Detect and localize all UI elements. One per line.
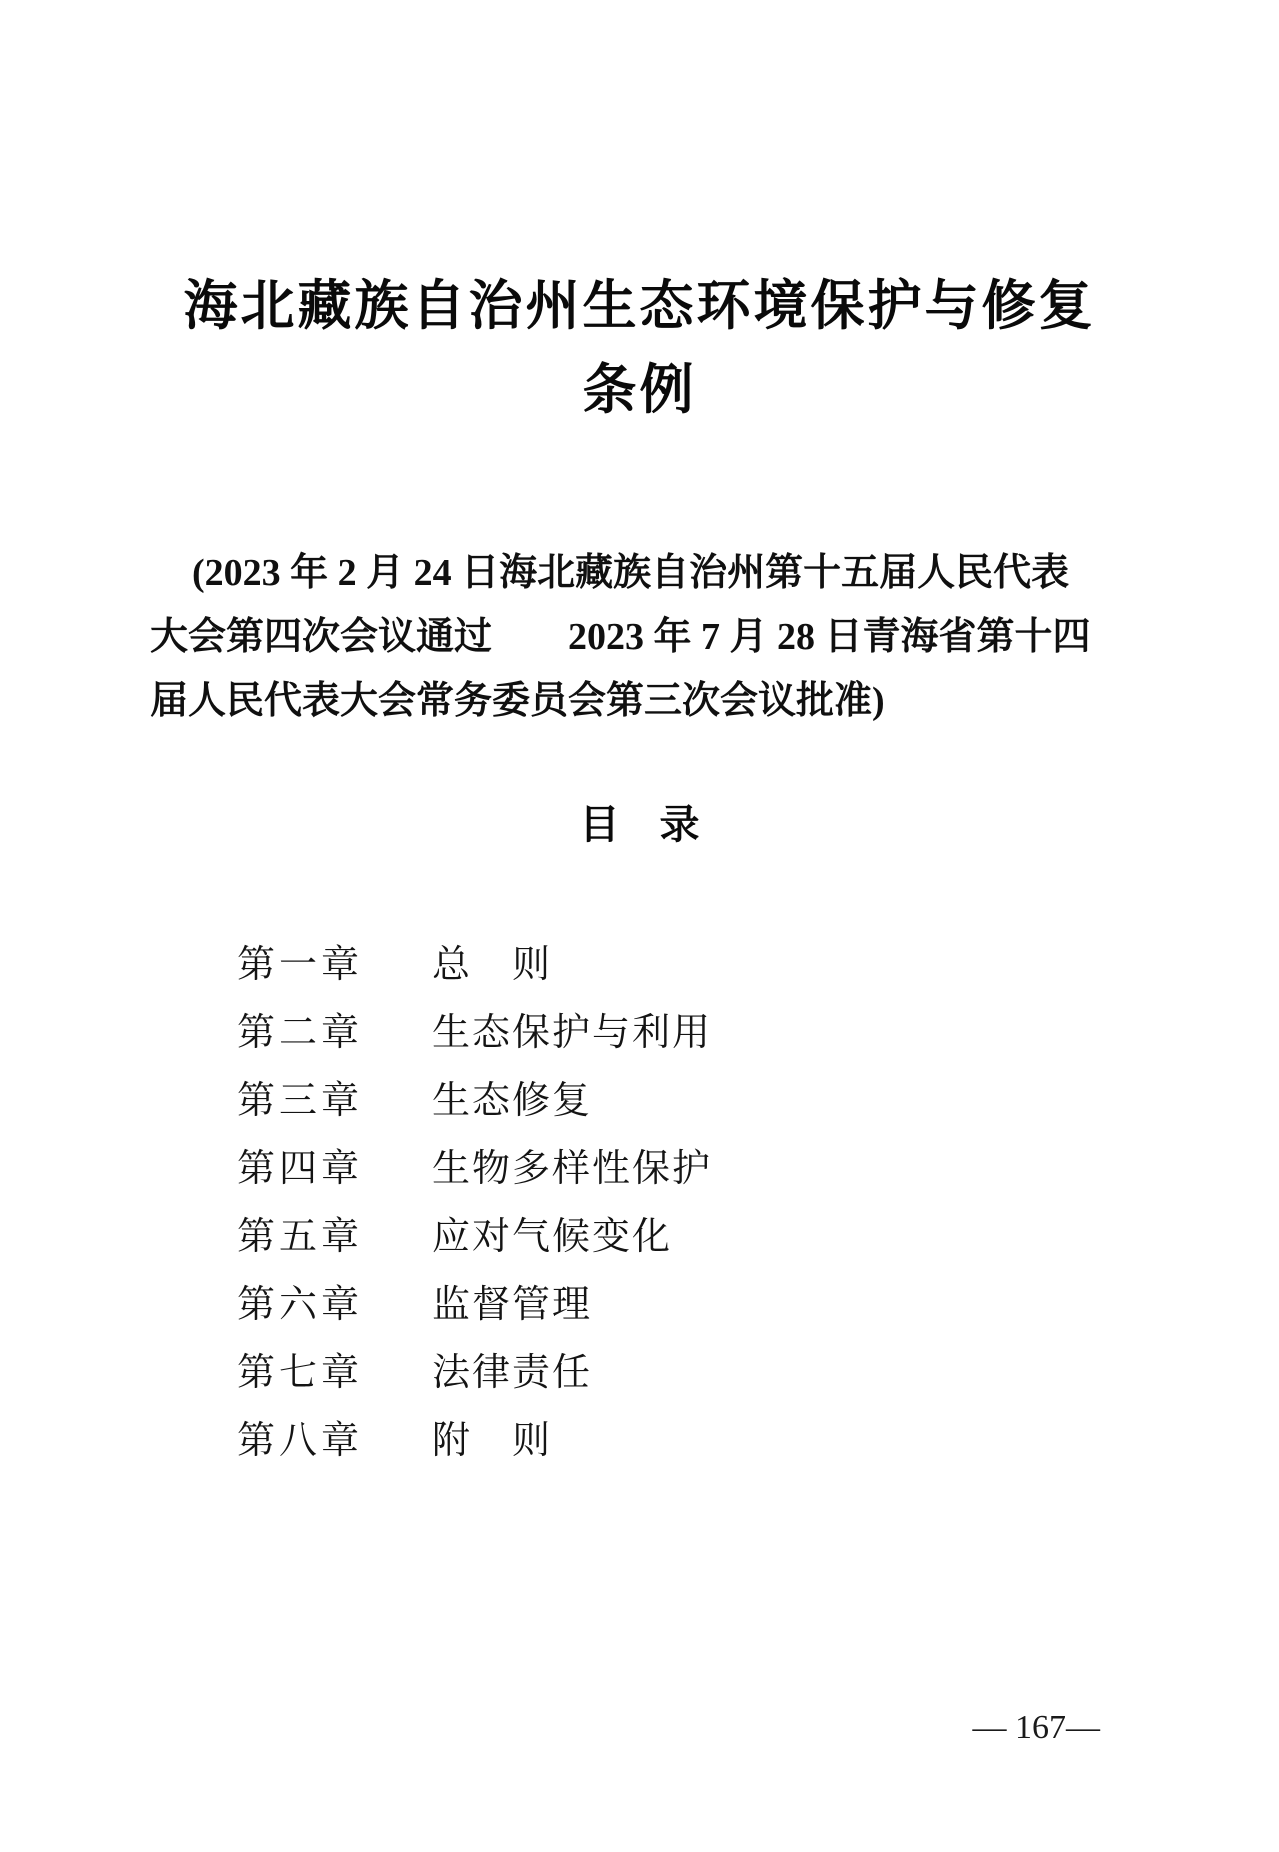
enactment-line-3: 届人民代表大会常务委员会第三次会议批准) (150, 669, 1110, 733)
document-title-line-1: 海北藏族自治州生态环境保护与修复 (0, 264, 1279, 348)
document-title-line-2: 条例 (0, 348, 1279, 432)
toc-chapter-title: 监督管理 (432, 1273, 592, 1328)
toc-chapter-number: 第三章 (237, 1069, 370, 1124)
toc-chapter-number: 第六章 (237, 1273, 370, 1328)
toc-item-chapter-4: 第四章 生物多样性保护 (237, 1130, 712, 1198)
toc-list: 第一章 总 则 第二章 生态保护与利用 第三章 生态修复 第四章 生物多样性保护… (237, 926, 712, 1470)
toc-chapter-title: 应对气候变化 (432, 1205, 672, 1260)
toc-item-chapter-5: 第五章 应对气候变化 (237, 1198, 712, 1266)
toc-item-chapter-7: 第七章 法律责任 (237, 1334, 712, 1402)
toc-chapter-title: 总 则 (432, 933, 552, 988)
enactment-note: (2023 年 2 月 24 日海北藏族自治州第十五届人民代表 大会第四次会议通… (150, 541, 1110, 733)
toc-chapter-title: 附 则 (432, 1409, 552, 1464)
toc-chapter-number: 第二章 (237, 1001, 370, 1056)
toc-item-chapter-1: 第一章 总 则 (237, 926, 712, 994)
toc-chapter-title: 法律责任 (432, 1341, 592, 1396)
document-page: 海北藏族自治州生态环境保护与修复 条例 (2023 年 2 月 24 日海北藏族… (0, 0, 1279, 1852)
toc-chapter-number: 第五章 (237, 1205, 370, 1260)
enactment-line-1: (2023 年 2 月 24 日海北藏族自治州第十五届人民代表 (150, 541, 1110, 605)
toc-item-chapter-3: 第三章 生态修复 (237, 1062, 712, 1130)
toc-item-chapter-2: 第二章 生态保护与利用 (237, 994, 712, 1062)
toc-chapter-title: 生物多样性保护 (432, 1137, 712, 1192)
enactment-line-2: 大会第四次会议通过 2023 年 7 月 28 日青海省第十四 (150, 605, 1110, 669)
toc-item-chapter-8: 第八章 附 则 (237, 1402, 712, 1470)
toc-chapter-number: 第八章 (237, 1409, 370, 1464)
toc-chapter-title: 生态保护与利用 (432, 1001, 712, 1056)
toc-chapter-number: 第一章 (237, 933, 370, 988)
toc-chapter-number: 第四章 (237, 1137, 370, 1192)
document-title: 海北藏族自治州生态环境保护与修复 条例 (0, 264, 1279, 432)
toc-heading: 目 录 (0, 799, 1279, 851)
toc-item-chapter-6: 第六章 监督管理 (237, 1266, 712, 1334)
page-number: — 167— (973, 1706, 1101, 1750)
toc-chapter-title: 生态修复 (432, 1069, 592, 1124)
toc-chapter-number: 第七章 (237, 1341, 370, 1396)
